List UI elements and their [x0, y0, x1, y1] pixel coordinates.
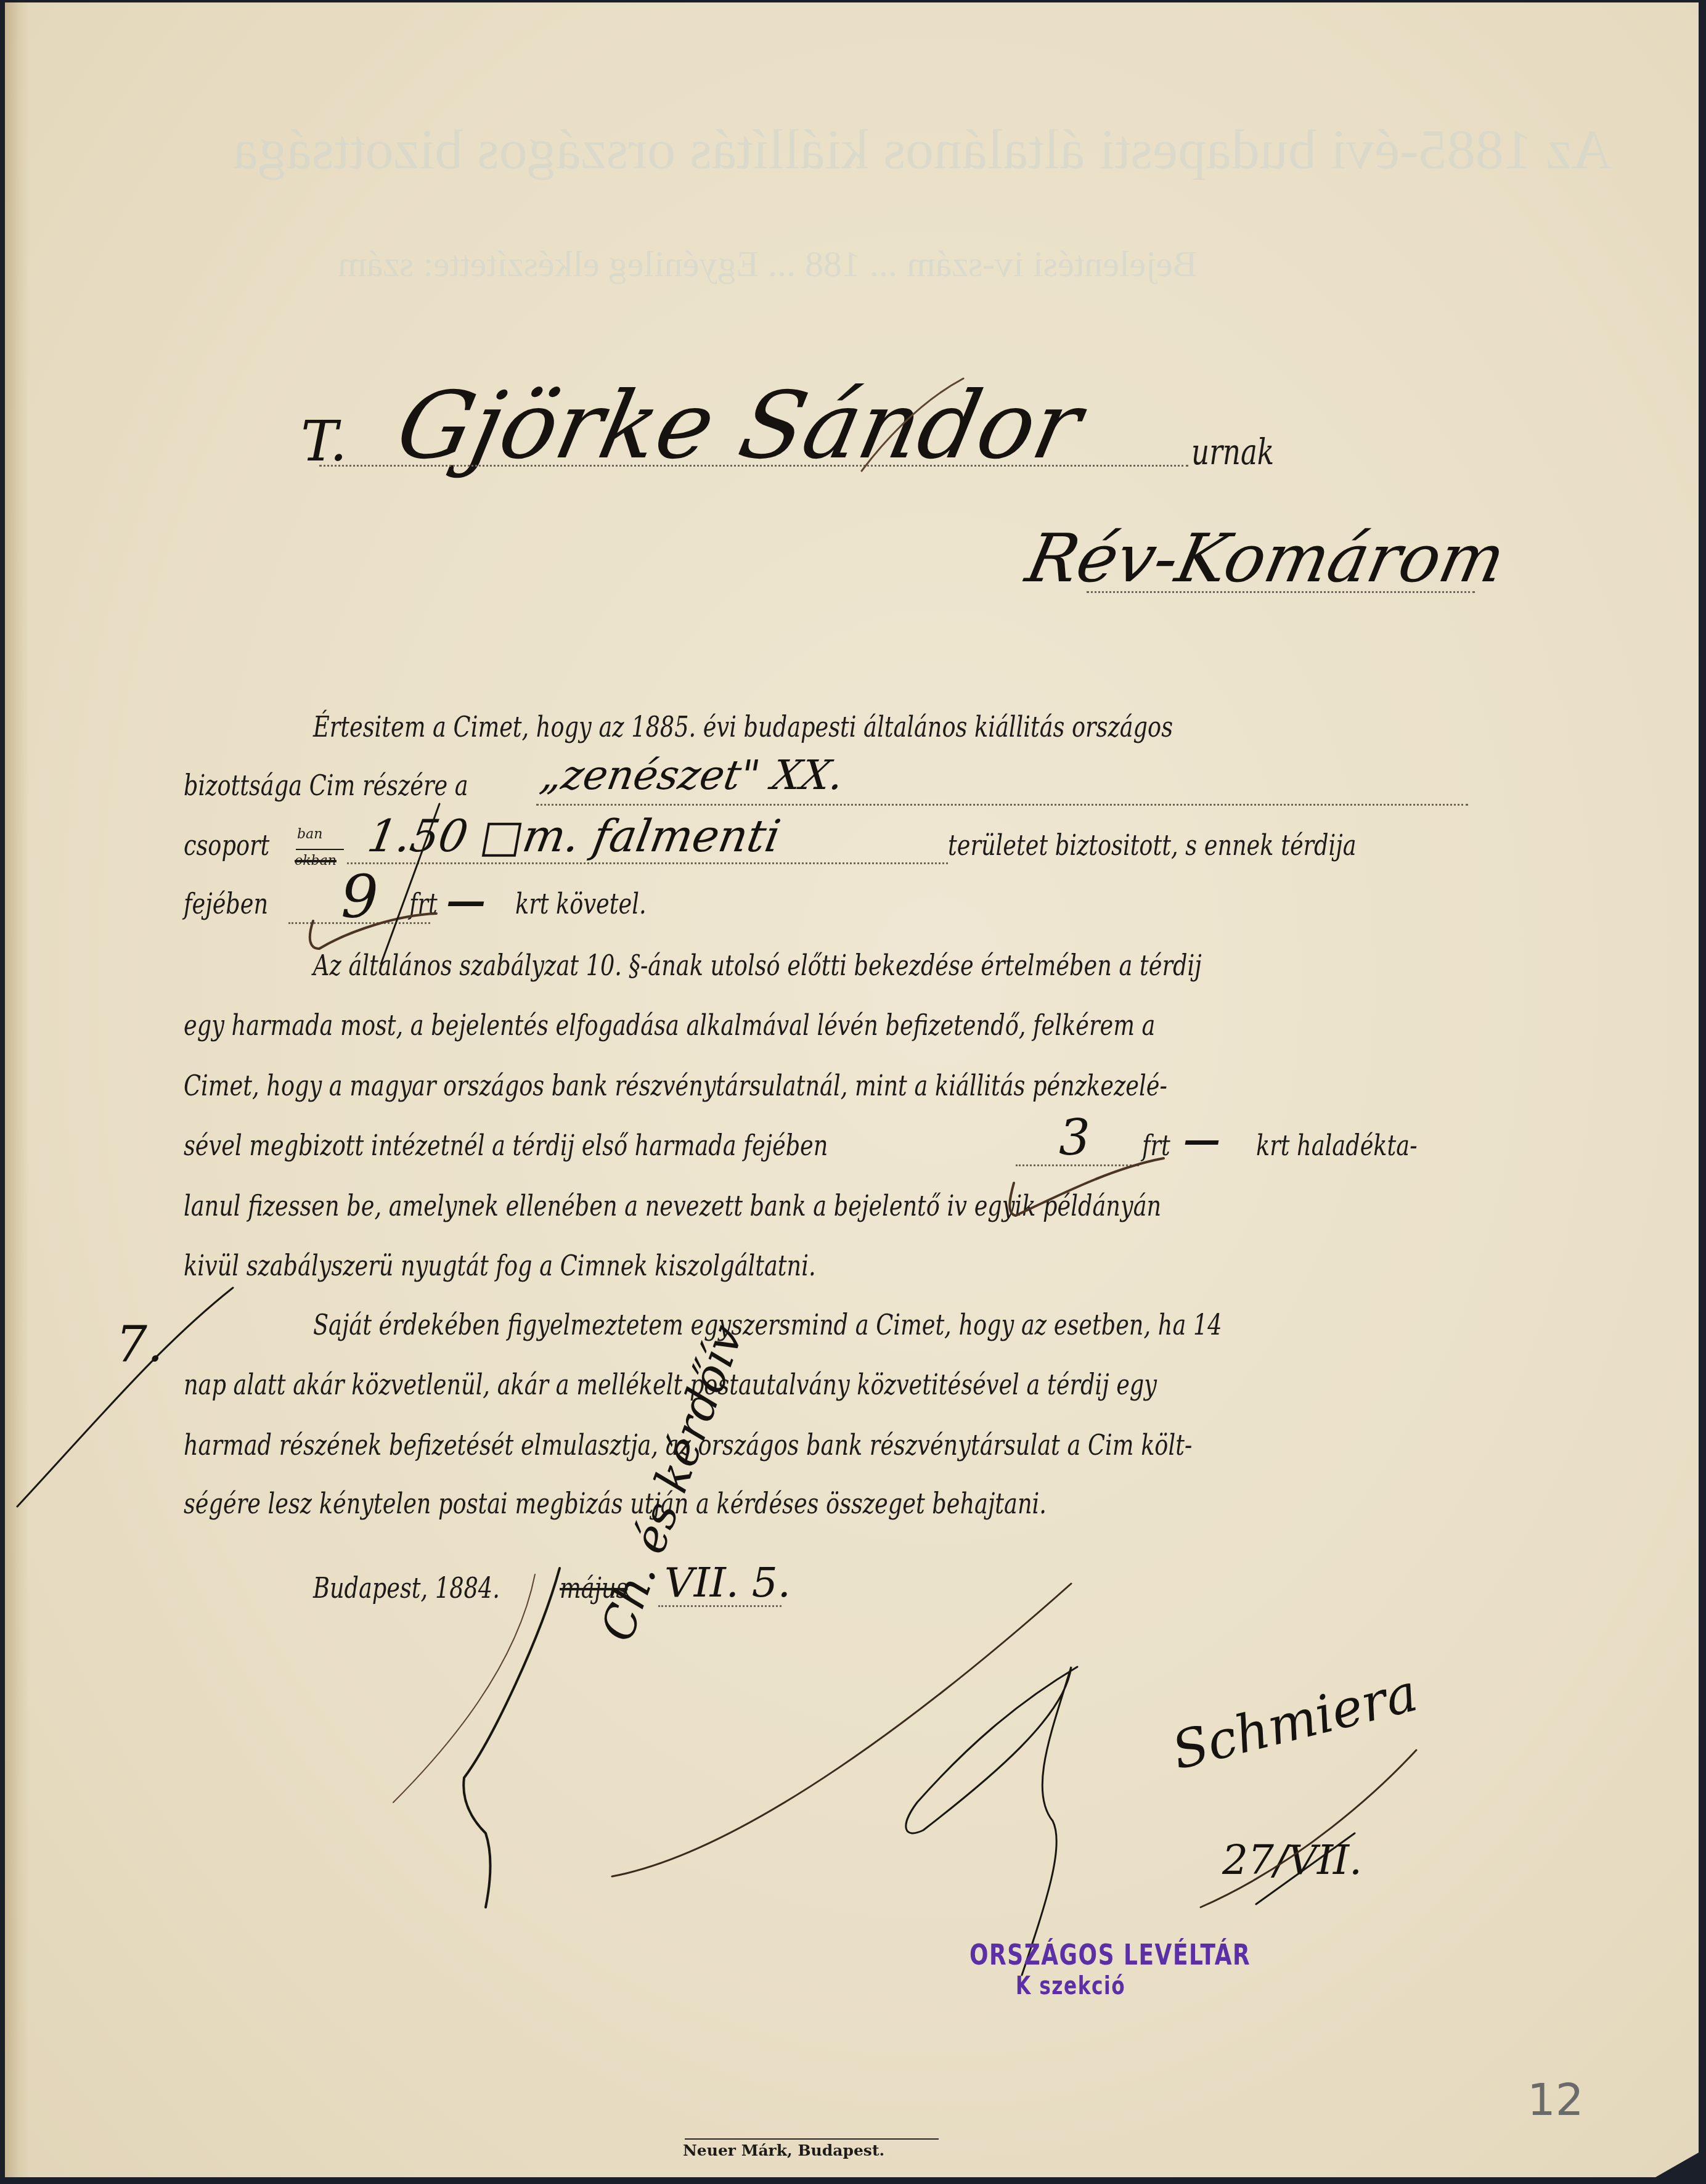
- body-p1-line3-suffix: területet biztositott, s ennek térdija: [948, 828, 1357, 862]
- body-p1-line4-prefix: fejében: [184, 887, 268, 921]
- document-page: Az 1885-évi budapesti általános kiállítá…: [5, 2, 1699, 2177]
- body-p3-line1: Saját érdekében figyelmeztetem egyszersm…: [313, 1308, 1222, 1342]
- addressee-place-line: [1087, 591, 1475, 593]
- dateline-hand-date: VII. 5.: [664, 1559, 791, 1606]
- body-p3-line2: nap alatt akár közvetlenül, akár a mellé…: [184, 1368, 1157, 1402]
- imprint-rule: [685, 2138, 939, 2140]
- body-p2-line3: Cimet, hogy a magyar országos bank részv…: [184, 1069, 1167, 1103]
- archive-stamp-line1: ORSZÁGOS LEVÉLTÁR: [969, 1938, 1251, 1971]
- body-p2-line2: egy harmada most, a bejelentés elfogadás…: [184, 1008, 1155, 1042]
- addressee-suffix: urnak: [1191, 431, 1274, 473]
- torn-corner: [1655, 2153, 1699, 2177]
- body-p2-amount: 3: [1059, 1109, 1090, 1166]
- dateline-place-year: Budapest, 1884.: [313, 1571, 500, 1605]
- fraction-bottom-struck: okban: [295, 853, 337, 869]
- body-p3-line4: ségére lesz kénytelen postai megbizás ut…: [184, 1487, 1047, 1521]
- body-p2-line4-prefix: sével megbizott intézetnél a térdij első…: [184, 1129, 828, 1163]
- fill-line-area: [347, 862, 948, 864]
- fraction-bar: [296, 849, 344, 850]
- body-p1-line3-fill: 1.50 □m. falmenti: [364, 810, 785, 862]
- addressee-place: Rév-Komárom: [1020, 520, 1512, 597]
- body-p2-line5: lanul fizessen be, amelynek ellenében a …: [184, 1189, 1161, 1223]
- body-p1-krt-dash: —: [446, 878, 486, 924]
- body-p2-line4-suffix: krt haladékta-: [1256, 1129, 1418, 1163]
- page-number: 12: [1527, 2074, 1584, 2125]
- addressee-name: Gjörke Sándor: [388, 372, 1091, 480]
- printer-imprint: Neuer Márk, Budapest.: [683, 2141, 884, 2159]
- fraction-top: ban: [297, 827, 322, 842]
- body-p2-line6: kivül szabályszerü nyugtát fog a Cimnek …: [184, 1249, 816, 1283]
- body-p1-line3-prefix: csoport: [184, 828, 269, 862]
- bleed-through-heading: Az 1885-évi budapesti általános kiállítá…: [233, 117, 1612, 182]
- addressee-name-line: [319, 465, 1188, 467]
- margin-mark: 7.: [116, 1315, 163, 1373]
- body-p1-amount: 9: [341, 862, 378, 931]
- body-p2-line1: Az általános szabályzat 10. §-ának utols…: [313, 949, 1202, 983]
- bleed-through-subheading: Bejelentési iv-szám ... 188 ... Egyénile…: [338, 243, 1198, 285]
- body-p1-line2-prefix: bizottsága Cim részére a: [184, 769, 468, 803]
- archive-stamp-line2: K szekció: [1016, 1972, 1125, 2000]
- body-p1-frt-label: frt: [409, 887, 438, 921]
- body-p1-line4-suffix: krt követel.: [515, 887, 647, 921]
- body-p1-line1: Értesitem a Cimet, hogy az 1885. évi bud…: [313, 710, 1173, 744]
- dateline-line: [658, 1605, 782, 1607]
- signature-right: Schmiera: [1166, 1662, 1423, 1781]
- body-p2-krt-dash: —: [1183, 1118, 1220, 1161]
- body-p1-line2-fill: „zenészet" XX.: [537, 751, 847, 799]
- fill-line-group: [536, 804, 1468, 806]
- body-p2-frt-label: frt: [1142, 1129, 1170, 1163]
- signature-date: 27/VII.: [1222, 1836, 1362, 1884]
